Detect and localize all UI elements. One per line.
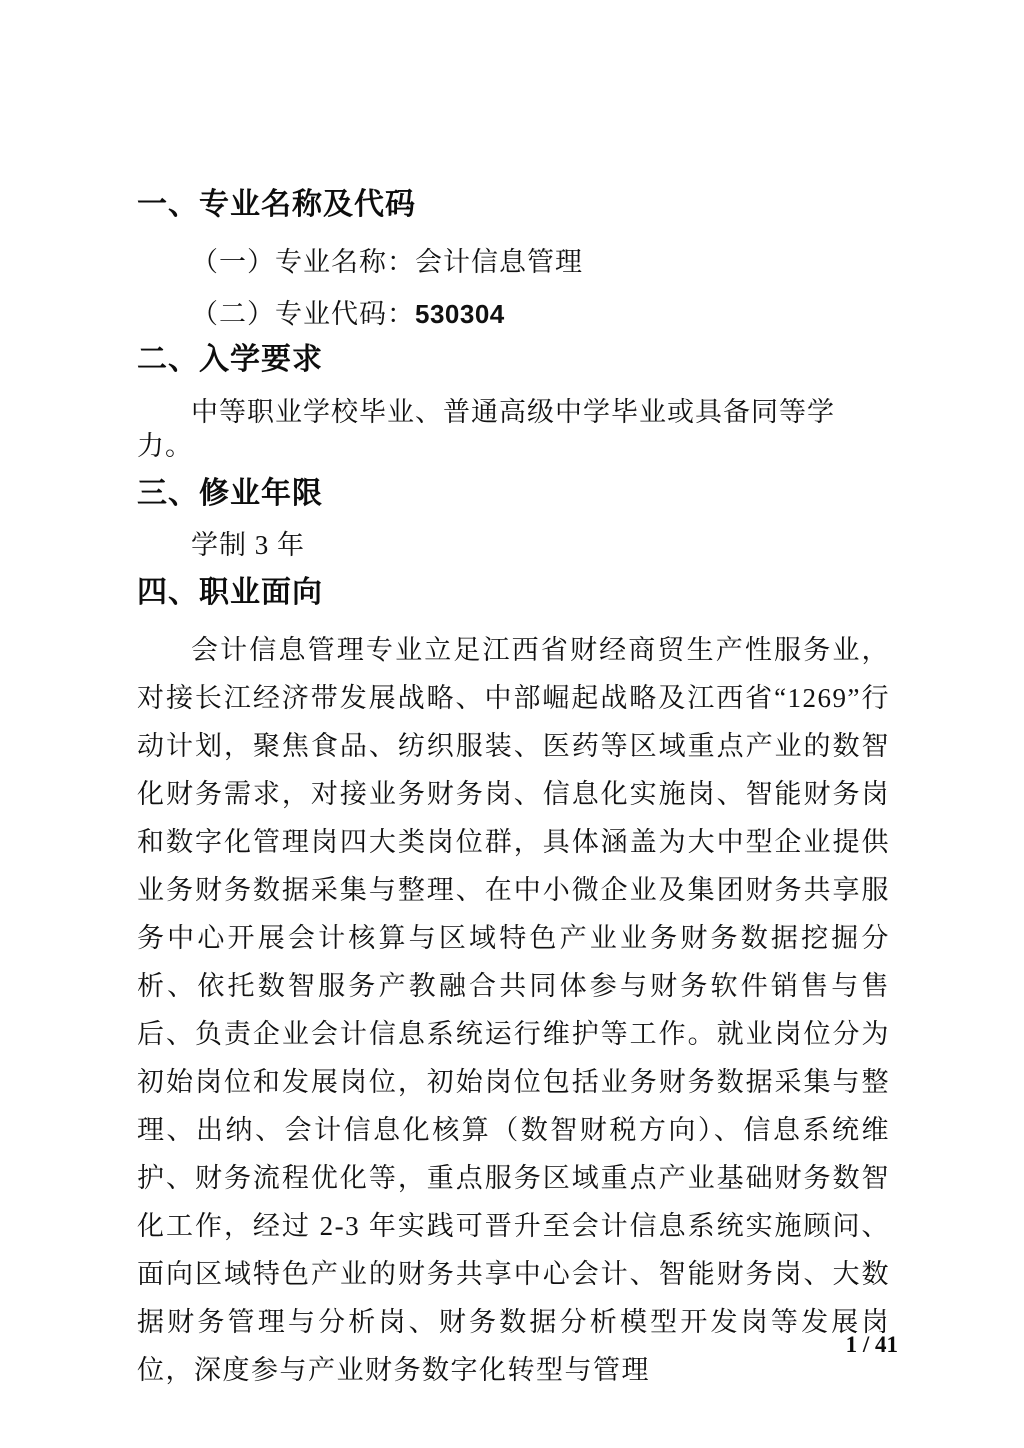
career-orientation-paragraph: 会计信息管理专业立足江西省财经商贸生产性服务业，对接长江经济带发展战略、中部崛起… bbox=[137, 626, 890, 1394]
study-duration-text: 学制 3 年 bbox=[137, 528, 890, 562]
major-code-value: 530304 bbox=[415, 299, 505, 329]
section-heading-career-orientation: 四、职业面向 bbox=[137, 574, 890, 612]
major-code-label: （二）专业代码： bbox=[191, 299, 415, 329]
admission-requirements-text: 中等职业学校毕业、普通高级中学毕业或具备同等学力。 bbox=[137, 395, 890, 463]
section-heading-study-duration: 三、修业年限 bbox=[137, 475, 890, 513]
page-number: 1 / 41 bbox=[846, 1332, 898, 1358]
document-page: 一、专业名称及代码 （一）专业名称：会计信息管理 （二）专业代码：530304 … bbox=[137, 186, 890, 1394]
section-heading-major-name-code: 一、专业名称及代码 bbox=[137, 186, 890, 224]
major-name-line: （一）专业名称：会计信息管理 bbox=[137, 245, 890, 279]
major-code-line: （二）专业代码：530304 bbox=[137, 297, 890, 331]
section-heading-admission-requirements: 二、入学要求 bbox=[137, 341, 890, 379]
